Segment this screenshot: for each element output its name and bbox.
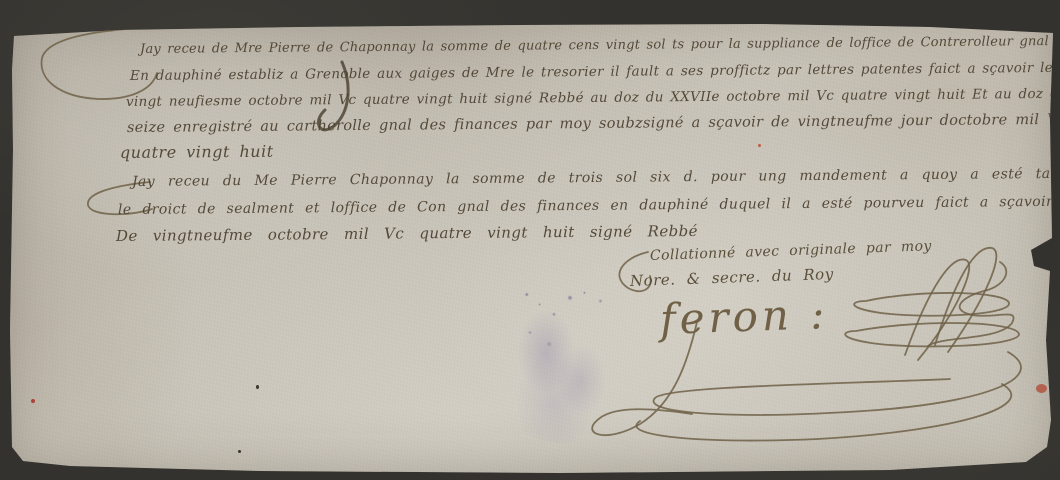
red-fleck bbox=[31, 399, 35, 403]
wax-spot bbox=[1036, 384, 1047, 393]
paraph-loop-2 bbox=[905, 259, 969, 360]
ink-speck bbox=[256, 385, 259, 389]
paraph-knot bbox=[928, 262, 1014, 346]
signature-feron: feron : bbox=[659, 289, 829, 344]
manuscript-line-5: quatre vingt huit bbox=[120, 142, 274, 162]
ink-speck bbox=[238, 450, 241, 453]
scan-surface: A15 Jay receu de Mre Pierre de Chaponnay… bbox=[0, 0, 1060, 480]
paraph-loop-1 bbox=[935, 248, 996, 352]
archival-mark: A15 bbox=[264, 7, 302, 28]
parchment-document: A15 Jay receu de Mre Pierre de Chaponnay… bbox=[0, 0, 1060, 480]
red-fleck bbox=[758, 144, 761, 147]
paraph-sweep-1 bbox=[654, 352, 1021, 415]
paraph-ellipse-1 bbox=[854, 293, 1009, 316]
opening-flourish bbox=[42, 27, 157, 99]
